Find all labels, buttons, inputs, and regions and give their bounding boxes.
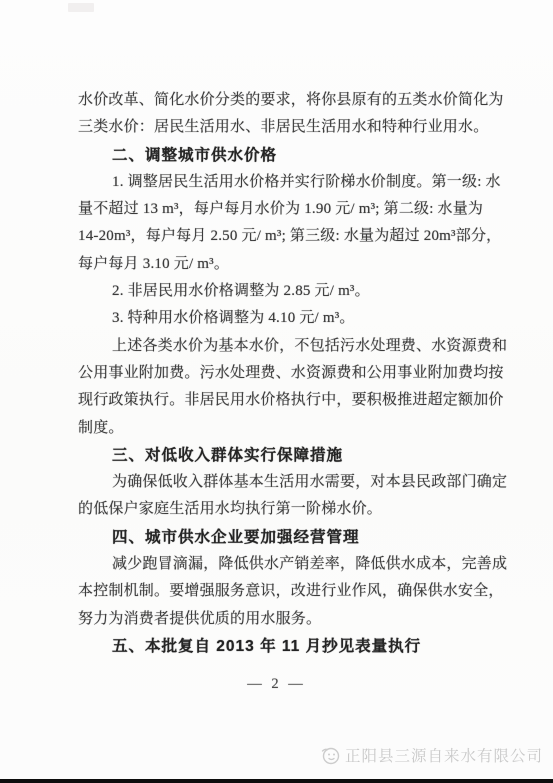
text-line: 上述各类水价为基本水价，不包括污水处理费、水资源费和 (78, 333, 496, 360)
document-page: 水价改革、简化水价分类的要求，将你县原有的五类水价简化为 三类水价：居民生活用水… (0, 0, 553, 783)
text-line: 三类水价：居民生活用水、非居民生活用水和特种行业用水。 (78, 114, 496, 141)
text-line: 14-20m³，每户每月 2.50 元/ m³; 第三级: 水量为超过 20m³… (78, 223, 496, 250)
text-line: 3. 特种用水价格调整为 4.10 元/ m³。 (78, 305, 496, 332)
document-body: 水价改革、简化水价分类的要求，将你县原有的五类水价简化为 三类水价：居民生活用水… (78, 87, 496, 660)
text-line: 公用事业附加费。污水处理费、水资源费和公用事业附加费均按 (78, 360, 496, 387)
text-line: 的低保户家庭生活用水均执行第一阶梯水价。 (78, 496, 496, 523)
company-logo-icon (319, 745, 341, 765)
company-watermark-text: 正阳县三源自来水有限公司 (345, 744, 543, 766)
text-line: 1. 调整居民生活用水价格并实行阶梯水价制度。第一级: 水 (78, 169, 496, 196)
text-line: 减少跑冒滴漏，降低供水产销差率，降低供水成本，完善成 (78, 551, 496, 578)
scan-artifact (68, 3, 94, 12)
text-line: 本控制机制。要增强服务意识，改进行业作风，确保供水安全， (78, 578, 496, 605)
text-line: 水价改革、简化水价分类的要求，将你县原有的五类水价简化为 (78, 87, 496, 114)
page-number: — 2 — (0, 676, 553, 693)
footer-bar (0, 779, 553, 783)
text-line: 为确保低收入群体基本生活用水需要，对本县民政部门确定 (78, 469, 496, 496)
text-line: 2. 非居民用水价格调整为 2.85 元/ m³。 (78, 278, 496, 305)
section-heading: 二、调整城市供水价格 (78, 142, 496, 169)
text-line: 量不超过 13 m³，每户每月水价为 1.90 元/ m³; 第二级: 水量为 (78, 196, 496, 223)
section-heading: 五、本批复自 2013 年 11 月抄见表量执行 (78, 633, 496, 660)
text-line: 制度。 (78, 415, 496, 442)
text-line: 努力为消费者提供优质的用水服务。 (78, 606, 496, 633)
company-watermark: 正阳县三源自来水有限公司 (319, 744, 543, 766)
section-heading: 四、城市供水企业要加强经营管理 (78, 524, 496, 551)
text-line: 每户每月 3.10 元/ m³。 (78, 251, 496, 278)
section-heading: 三、对低收入群体实行保障措施 (78, 442, 496, 469)
text-line: 现行政策执行。非居民用水价格执行中，要积极推进超定额加价 (78, 387, 496, 414)
